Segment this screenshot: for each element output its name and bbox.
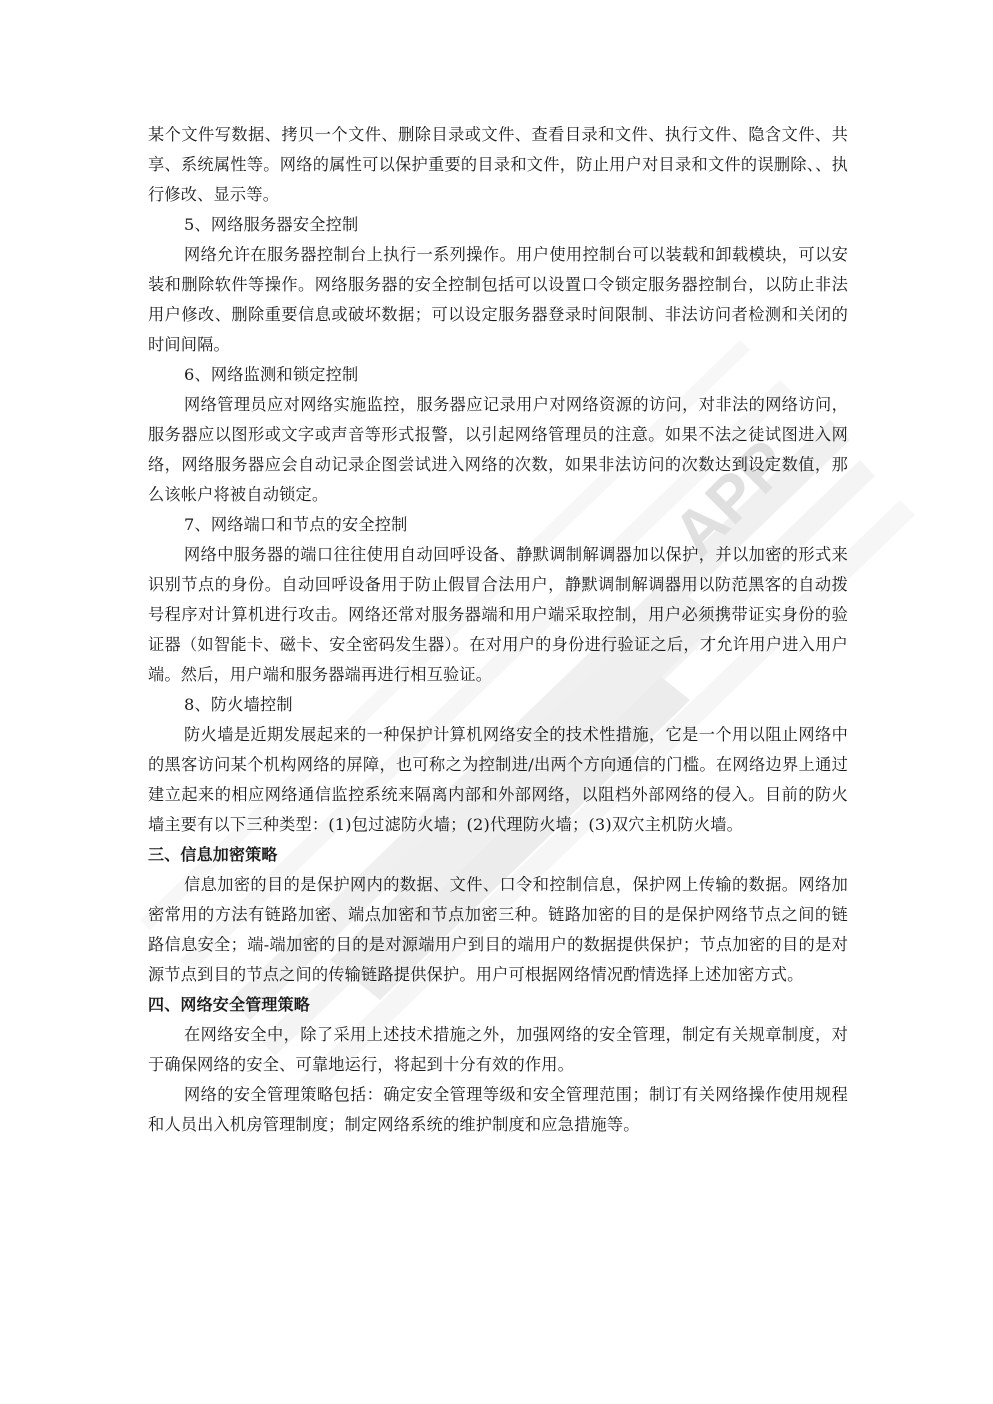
section-heading-encryption: 三、信息加密策略 (148, 840, 848, 870)
paragraph-server-security: 网络允许在服务器控制台上执行一系列操作。用户使用控制台可以装载和卸载模块，可以安… (148, 240, 848, 360)
subheading-firewall: 8、防火墙控制 (148, 690, 848, 720)
paragraph-management-2: 网络的安全管理策略包括：确定安全管理等级和安全管理范围；制订有关网络操作使用规程… (148, 1080, 848, 1140)
paragraph-encryption: 信息加密的目的是保护网内的数据、文件、口令和控制信息，保护网上传输的数据。网络加… (148, 870, 848, 990)
paragraph-continued: 某个文件写数据、拷贝一个文件、删除目录或文件、查看目录和文件、执行文件、隐含文件… (148, 120, 848, 210)
section-heading-management: 四、网络安全管理策略 (148, 990, 848, 1020)
paragraph-port-node: 网络中服务器的端口往往使用自动回呼设备、静默调制解调器加以保护，并以加密的形式来… (148, 540, 848, 690)
subheading-monitoring-lock: 6、网络监测和锁定控制 (148, 360, 848, 390)
paragraph-monitoring-lock: 网络管理员应对网络实施监控，服务器应记录用户对网络资源的访问，对非法的网络访问，… (148, 390, 848, 510)
document-page: 某个文件写数据、拷贝一个文件、删除目录或文件、查看目录和文件、执行文件、隐含文件… (148, 120, 848, 1140)
subheading-port-node: 7、网络端口和节点的安全控制 (148, 510, 848, 540)
subheading-server-security: 5、网络服务器安全控制 (148, 210, 848, 240)
paragraph-management-1: 在网络安全中，除了采用上述技术措施之外，加强网络的安全管理，制定有关规章制度，对… (148, 1020, 848, 1080)
paragraph-firewall: 防火墙是近期发展起来的一种保护计算机网络安全的技术性措施，它是一个用以阻止网络中… (148, 720, 848, 840)
